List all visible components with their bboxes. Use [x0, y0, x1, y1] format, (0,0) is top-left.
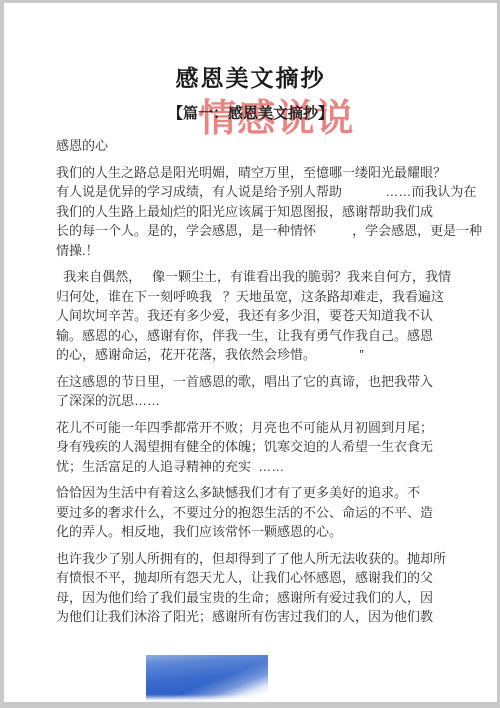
document-body: 感恩的心 我们的人生之路总是阳光明媚，晴空万里，至憶哪一缕阳光最耀眼？ 有人说是…	[56, 136, 456, 634]
paragraph: 我们的人生之路总是阳光明媚，晴空万里，至憶哪一缕阳光最耀眼？ 有人说是优异的学习…	[56, 163, 456, 261]
paragraph: 花儿不可能一年四季都常开不败；月亮也不可能从月初圆到月尾； 身有残疾的人渴望拥有…	[56, 418, 456, 477]
blue-sky-photo	[146, 655, 268, 702]
paragraph: 恰恰因为生活中有着这么多缺憾我们才有了更多美好的追求。不 要过多的奢求什么，不要…	[56, 483, 456, 542]
document-viewer: { "doc": { "title": "感恩美文摘抄", "subtitle"…	[0, 0, 500, 708]
subtitle-row: 情感说说 【篇一：感恩美文摘抄】	[4, 102, 497, 126]
paragraph: 在这感恩的节日里，一首感恩的歌，唱出了它的真谛，也把我带入 了深深的沉思……	[56, 372, 456, 411]
snow-slope-overlay	[146, 655, 268, 702]
paragraph: 也许我少了别人所拥有的，但却得到了了他人所无法收获的。抛却所 有愤恨不平，抛却所…	[56, 549, 456, 627]
section-heading: 【篇一：感恩美文摘抄】	[168, 105, 333, 122]
paragraph: 我来自偶然， 像一颗尘土，有谁看出我的脆弱？我来自何方，我情 归何处，谁在下一刻…	[56, 267, 456, 365]
document-page: 感恩美文摘抄 情感说说 【篇一：感恩美文摘抄】 感恩的心 我们的人生之路总是阳光…	[4, 3, 497, 702]
